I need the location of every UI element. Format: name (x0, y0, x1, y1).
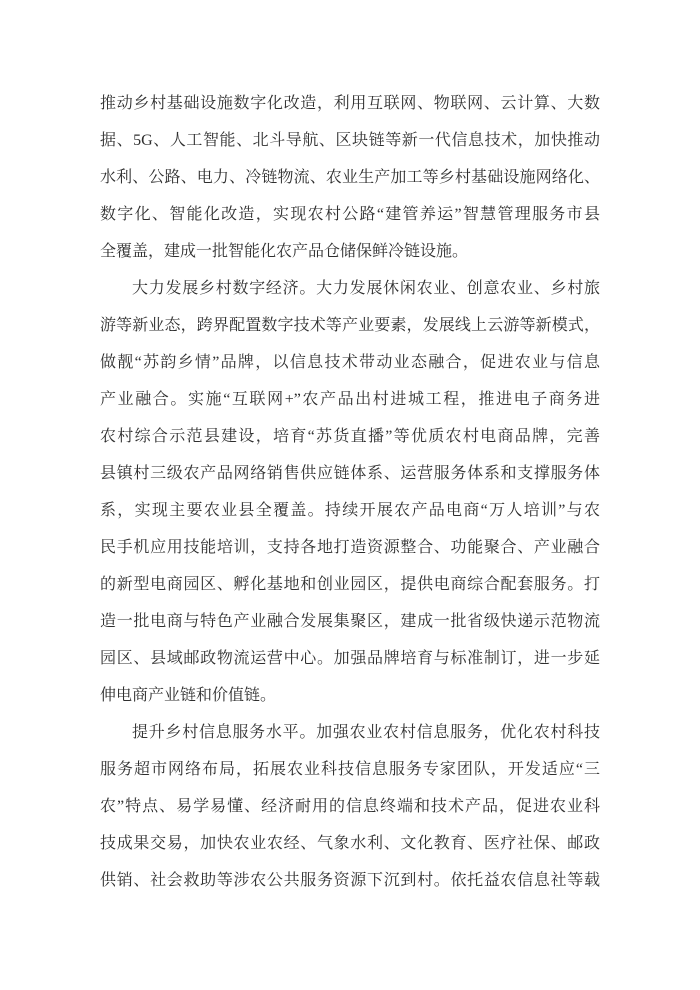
text-line: 供销、社会救助等涉农公共服务资源下沉到村。依托益农信息社等载 (100, 862, 600, 899)
paragraph: 推动乡村基础设施数字化改造，利用互联网、物联网、云计算、大数据、5G、人工智能、… (100, 85, 600, 270)
text-line: 农村综合示范县建设，培育“苏货直播”等优质农村电商品牌，完善 (100, 418, 600, 455)
paragraph: 大力发展乡村数字经济。大力发展休闲农业、创意农业、乡村旅游等新业态，跨界配置数字… (100, 270, 600, 714)
text-line: 大力发展乡村数字经济。大力发展休闲农业、创意农业、乡村旅 (100, 270, 600, 307)
text-line: 园区、县域邮政物流运营中心。加强品牌培育与标准制订，进一步延 (100, 640, 600, 677)
text-line: 服务超市网络布局，拓展农业科技信息服务专家团队，开发适应“三 (100, 751, 600, 788)
text-line: 全覆盖，建成一批智能化农产品仓储保鲜冷链设施。 (100, 233, 600, 270)
text-line: 产业融合。实施“互联网+”农产品出村进城工程，推进电子商务进 (100, 381, 600, 418)
text-line: 做靓“苏韵乡情”品牌，以信息技术带动业态融合，促进农业与信息 (100, 344, 600, 381)
text-line: 系，实现主要农业县全覆盖。持续开展农产品电商“万人培训”与农 (100, 492, 600, 529)
text-line: 民手机应用技能培训，支持各地打造资源整合、功能聚合、产业融合 (100, 529, 600, 566)
text-line: 造一批电商与特色产业融合发展集聚区，建成一批省级快递示范物流 (100, 603, 600, 640)
text-line: 农”特点、易学易懂、经济耐用的信息终端和技术产品，促进农业科 (100, 788, 600, 825)
text-line: 据、5G、人工智能、北斗导航、区块链等新一代信息技术，加快推动 (100, 122, 600, 159)
text-line: 技成果交易，加快农业农经、气象水利、文化教育、医疗社保、邮政 (100, 825, 600, 862)
document-page: 推动乡村基础设施数字化改造，利用互联网、物联网、云计算、大数据、5G、人工智能、… (0, 0, 700, 990)
text-line: 推动乡村基础设施数字化改造，利用互联网、物联网、云计算、大数 (100, 85, 600, 122)
text-line: 伸电商产业链和价值链。 (100, 677, 600, 714)
paragraph: 提升乡村信息服务水平。加强农业农村信息服务，优化农村科技服务超市网络布局，拓展农… (100, 714, 600, 899)
text-line: 水利、公路、电力、冷链物流、农业生产加工等乡村基础设施网络化、 (100, 159, 600, 196)
text-line: 县镇村三级农产品网络销售供应链体系、运营服务体系和支撑服务体 (100, 455, 600, 492)
text-line: 数字化、智能化改造，实现农村公路“建管养运”智慧管理服务市县 (100, 196, 600, 233)
text-line: 游等新业态，跨界配置数字技术等产业要素，发展线上云游等新模式， (100, 307, 600, 344)
text-line: 提升乡村信息服务水平。加强农业农村信息服务，优化农村科技 (100, 714, 600, 751)
text-line: 的新型电商园区、孵化基地和创业园区，提供电商综合配套服务。打 (100, 566, 600, 603)
document-body: 推动乡村基础设施数字化改造，利用互联网、物联网、云计算、大数据、5G、人工智能、… (100, 85, 600, 899)
